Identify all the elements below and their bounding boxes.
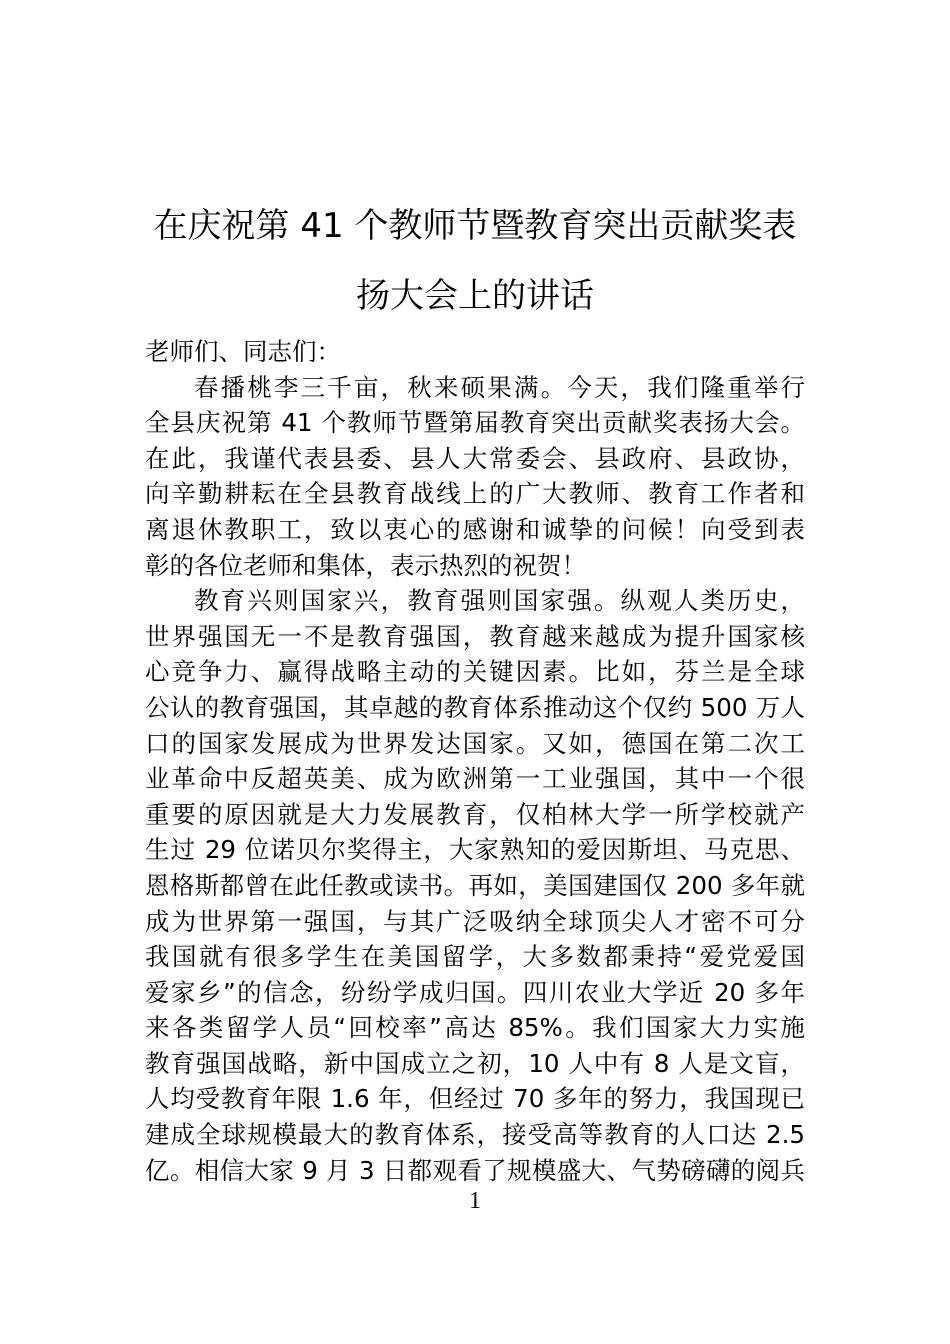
text-line: 重要的原因就是大力发展教育，仅柏林大学一所学校就产 xyxy=(145,797,805,833)
salutation: 老师们、同志们： xyxy=(145,334,805,370)
text-line: 成为世界第一强国，与其广泛吸纳全球顶尖人才密不可分 xyxy=(145,904,805,940)
text-line: 教育兴则国家兴，教育强则国家强。纵观人类历史， xyxy=(145,583,805,619)
text-line: 全县庆祝第 41 个教师节暨第届教育突出贡献奖表扬大会。 xyxy=(145,405,805,441)
page-number: 1 xyxy=(0,1186,950,1216)
text-line: 恩格斯都曾在此任教或读书。再如，美国建国仅 200 多年就 xyxy=(145,868,805,904)
text-line: 人均受教育年限 1.6 年，但经过 70 多年的努力，我国现已 xyxy=(145,1081,805,1117)
paragraph-2: 教育兴则国家兴，教育强则国家强。纵观人类历史， 世界强国无一不是教育强国，教育越… xyxy=(145,583,805,1188)
title-line-1: 在庆祝第 41 个教师节暨教育突出贡献奖表 xyxy=(144,191,806,261)
text-line: 口的国家发展成为世界发达国家。又如，德国在第二次工 xyxy=(145,726,805,762)
text-line: 教育强国战略，新中国成立之初，10 人中有 8 人是文盲， xyxy=(145,1046,805,1082)
text-line: 心竞争力、赢得战略主动的关键因素。比如，芬兰是全球 xyxy=(145,654,805,690)
text-line: 爱家乡”的信念，纷纷学成归国。四川农业大学近 20 多年 xyxy=(145,975,805,1011)
document-body: 老师们、同志们： 春播桃李三千亩，秋来硕果满。今天，我们隆重举行 全县庆祝第 4… xyxy=(145,334,805,1188)
text-line: 世界强国无一不是教育强国，教育越来越成为提升国家核 xyxy=(145,619,805,655)
text-line: 向辛勤耕耘在全县教育战线上的广大教师、教育工作者和 xyxy=(145,476,805,512)
text-line: 在此，我谨代表县委、县人大常委会、县政府、县政协， xyxy=(145,441,805,477)
text-line: 公认的教育强国，其卓越的教育体系推动这个仅约 500 万人 xyxy=(145,690,805,726)
title-line-2: 扬大会上的讲话 xyxy=(144,261,806,331)
text-line: 我国就有很多学生在美国留学，大多数都秉持“爱党爱国 xyxy=(145,939,805,975)
text-line: 业革命中反超英美、成为欧洲第一工业强国，其中一个很 xyxy=(145,761,805,797)
document-title: 在庆祝第 41 个教师节暨教育突出贡献奖表 扬大会上的讲话 xyxy=(144,191,806,331)
text-line: 彰的各位老师和集体，表示热烈的祝贺！ xyxy=(145,548,805,584)
paragraph-1: 春播桃李三千亩，秋来硕果满。今天，我们隆重举行 全县庆祝第 41 个教师节暨第届… xyxy=(145,370,805,584)
text-line: 春播桃李三千亩，秋来硕果满。今天，我们隆重举行 xyxy=(145,370,805,406)
document-page: 在庆祝第 41 个教师节暨教育突出贡献奖表 扬大会上的讲话 老师们、同志们： 春… xyxy=(0,0,950,1344)
text-line: 离退休教职工，致以衷心的感谢和诚挚的问候！向受到表 xyxy=(145,512,805,548)
text-line: 生过 29 位诺贝尔奖得主，大家熟知的爱因斯坦、马克思、 xyxy=(145,832,805,868)
text-line: 来各类留学人员“回校率”高达 85%。我们国家大力实施 xyxy=(145,1010,805,1046)
text-line: 亿。相信大家 9 月 3 日都观看了规模盛大、气势磅礴的阅兵 xyxy=(145,1153,805,1189)
text-line: 建成全球规模最大的教育体系，接受高等教育的人口达 2.5 xyxy=(145,1117,805,1153)
